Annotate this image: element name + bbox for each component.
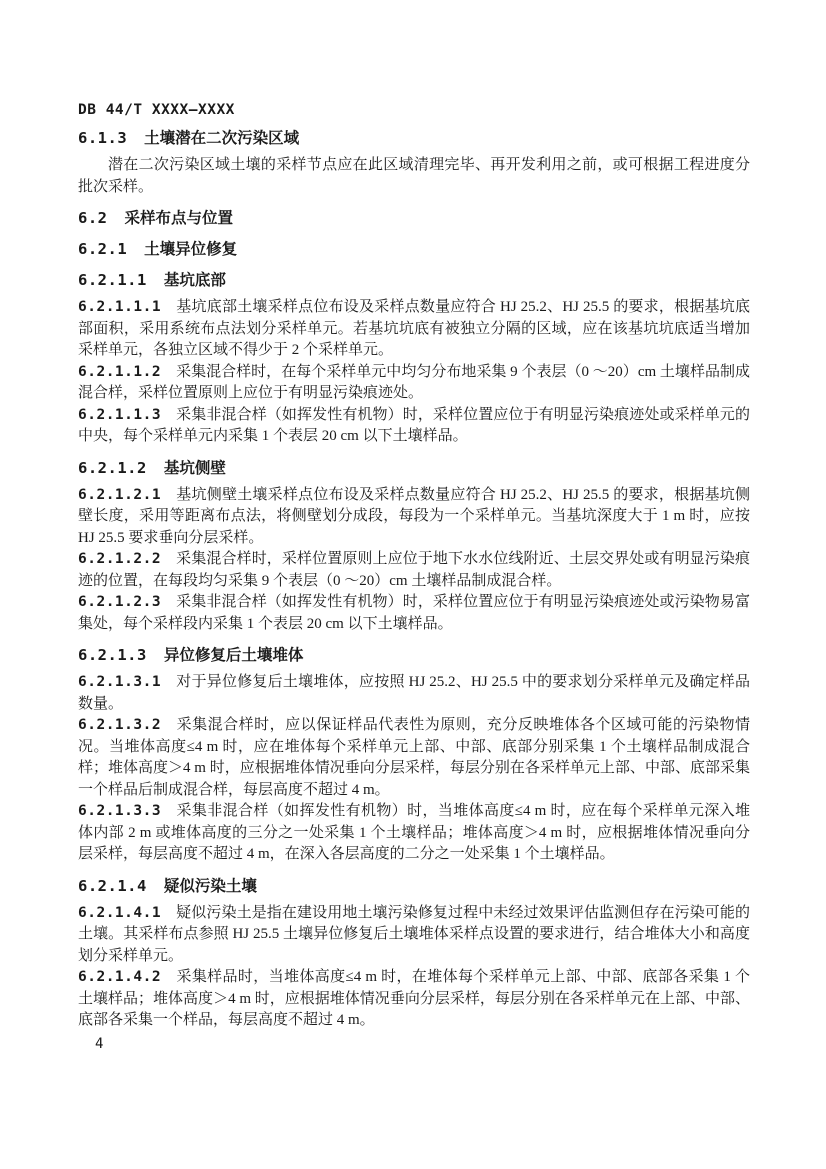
page-number: 4 (78, 1035, 750, 1053)
section-number: 6.2.1.4 (78, 877, 147, 895)
body-paragraph: 潜在二次污染区域土壤的采样节点应在此区域清理完毕、再开发利用之前，或可根据工程进… (78, 155, 750, 198)
clause-number: 6.2.1.3.2 (78, 717, 161, 733)
section-title: 基坑侧壁 (164, 460, 226, 477)
clause-text: 基坑侧壁土壤采样点位布设及采样点数量应符合 HJ 25.2、HJ 25.5 的要… (78, 487, 750, 546)
clause-number: 6.2.1.2.3 (78, 594, 161, 610)
document-page: DB 44/T XXXX—XXXX 6.1.3土壤潜在二次污染区域 潜在二次污染… (0, 0, 826, 1169)
clause-paragraph: 6.2.1.1.2采集混合样时，在每个采样单元中均匀分布地采集 9 个表层（0 … (78, 362, 750, 405)
clause-number: 6.2.1.2.1 (78, 487, 161, 503)
section-number: 6.2 (78, 209, 108, 227)
section-heading: 6.2.1.4疑似污染土壤 (78, 876, 750, 897)
clause-paragraph: 6.2.1.4.1疑似污染土是指在建设用地土壤污染修复过程中未经过效果评估监测但… (78, 903, 750, 968)
section-number: 6.2.1 (78, 240, 127, 258)
clause-text: 基坑底部土壤采样点位布设及采样点数量应符合 HJ 25.2、HJ 25.5 的要… (78, 299, 750, 358)
clause-text: 采集非混合样（如挥发性有机物）时，采样位置应位于有明显污染痕迹处或污染物易富集处… (78, 594, 750, 632)
clause-number: 6.2.1.4.2 (78, 969, 161, 985)
clause-paragraph: 6.2.1.1.3采集非混合样（如挥发性有机物）时，采样位置应位于有明显污染痕迹… (78, 405, 750, 448)
clause-number: 6.2.1.1.1 (78, 299, 161, 315)
section-number: 6.2.1.3 (78, 646, 147, 664)
section-title: 土壤潜在二次污染区域 (144, 130, 299, 147)
clause-text: 采集混合样时，在每个采样单元中均匀分布地采集 9 个表层（0 ～20）cm 土壤… (78, 364, 750, 402)
clause-number: 6.2.1.4.1 (78, 905, 161, 921)
section-title: 疑似污染土壤 (164, 878, 257, 895)
section-heading: 6.2.1.1基坑底部 (78, 270, 750, 291)
clause-paragraph: 6.2.1.3.3采集非混合样（如挥发性有机物）时，当堆体高度≤4 m 时，应在… (78, 801, 750, 866)
section-number: 6.1.3 (78, 129, 127, 147)
section-heading: 6.2.1.3异位修复后土壤堆体 (78, 645, 750, 666)
clause-number: 6.2.1.1.2 (78, 364, 161, 380)
clause-paragraph: 6.2.1.4.2采集样品时，当堆体高度≤4 m 时，在堆体每个采样单元上部、中… (78, 967, 750, 1032)
clause-text: 疑似污染土是指在建设用地土壤污染修复过程中未经过效果评估监测但存在污染可能的土壤… (78, 905, 750, 964)
section-title: 基坑底部 (164, 272, 226, 289)
clause-paragraph: 6.2.1.2.2采集混合样时，采样位置原则上应位于地下水水位线附近、土层交界处… (78, 549, 750, 592)
clause-paragraph: 6.2.1.3.1对于异位修复后土壤堆体，应按照 HJ 25.2、HJ 25.5… (78, 672, 750, 715)
section-number: 6.2.1.1 (78, 271, 147, 289)
section-heading: 6.2.1土壤异位修复 (78, 239, 750, 260)
clause-number: 6.2.1.3.1 (78, 674, 161, 690)
clause-number: 6.2.1.1.3 (78, 407, 161, 423)
clause-paragraph: 6.2.1.1.1基坑底部土壤采样点位布设及采样点数量应符合 HJ 25.2、H… (78, 297, 750, 362)
clause-paragraph: 6.2.1.2.1基坑侧壁土壤采样点位布设及采样点数量应符合 HJ 25.2、H… (78, 485, 750, 550)
clause-text: 采集非混合样（如挥发性有机物）时，当堆体高度≤4 m 时，应在每个采样单元深入堆… (78, 803, 750, 862)
section-title: 土壤异位修复 (144, 241, 237, 258)
clause-text: 采集混合样时，应以保证样品代表性为原则，充分反映堆体各个区域可能的污染物情况。当… (78, 717, 750, 798)
section-title: 异位修复后土壤堆体 (164, 647, 304, 664)
clause-text: 采集非混合样（如挥发性有机物）时，采样位置应位于有明显污染痕迹处或采样单元的中央… (78, 407, 750, 445)
section-title: 采样布点与位置 (125, 210, 234, 227)
clause-text: 对于异位修复后土壤堆体，应按照 HJ 25.2、HJ 25.5 中的要求划分采样… (78, 674, 750, 712)
document-header: DB 44/T XXXX—XXXX (78, 103, 750, 118)
section-heading: 6.1.3土壤潜在二次污染区域 (78, 128, 750, 149)
clause-text: 采集混合样时，采样位置原则上应位于地下水水位线附近、土层交界处或有明显污染痕迹的… (78, 551, 750, 589)
section-heading: 6.2.1.2基坑侧壁 (78, 458, 750, 479)
section-heading: 6.2采样布点与位置 (78, 208, 750, 229)
document-body: 6.1.3土壤潜在二次污染区域 潜在二次污染区域土壤的采样节点应在此区域清理完毕… (78, 128, 750, 1032)
clause-text: 采集样品时，当堆体高度≤4 m 时，在堆体每个采样单元上部、中部、底部各采集 1… (78, 969, 750, 1028)
clause-paragraph: 6.2.1.3.2采集混合样时，应以保证样品代表性为原则，充分反映堆体各个区域可… (78, 715, 750, 801)
clause-number: 6.2.1.2.2 (78, 551, 161, 567)
clause-paragraph: 6.2.1.2.3采集非混合样（如挥发性有机物）时，采样位置应位于有明显污染痕迹… (78, 592, 750, 635)
section-number: 6.2.1.2 (78, 459, 147, 477)
clause-number: 6.2.1.3.3 (78, 803, 161, 819)
